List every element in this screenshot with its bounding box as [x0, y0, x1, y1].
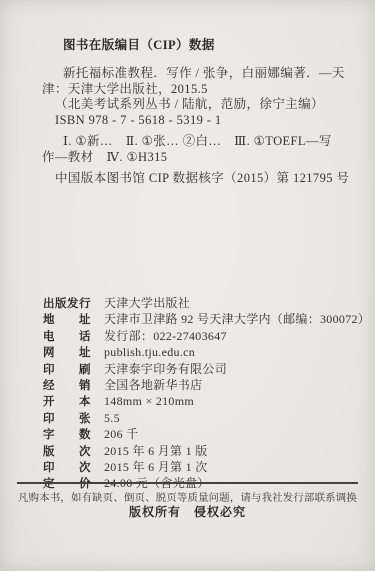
cip-record-number-line: 中国版本图书馆 CIP 数据核字（2015）第 121795 号: [42, 171, 357, 187]
colophon-row-address: 地 址 天津市卫津路 92 号天津大学内（邮编：300072）: [43, 312, 365, 328]
colophon-value: 148mm × 210mm: [104, 394, 194, 409]
colophon-value: publish.tju.edu.cn: [104, 345, 195, 360]
cip-title-line: 新托福标准教程．写作 / 张争，白丽娜编著．—天: [42, 66, 357, 82]
cip-block: 图书在版编目（CIP）数据 新托福标准教程．写作 / 张争，白丽娜编著．—天 津…: [42, 38, 357, 186]
colophon-row-publisher: 出版发行 天津大学出版社: [43, 296, 365, 312]
colophon-table: 出版发行 天津大学出版社 地 址 天津市卫津路 92 号天津大学内（邮编：300…: [43, 296, 365, 493]
colophon-label: 印 次: [43, 461, 91, 476]
colophon-label: 印 刷: [43, 363, 91, 378]
colophon-label: 字 数: [43, 428, 91, 443]
cip-series-line: （北美考试系列丛书 / 陆航，范励，徐宁主编）: [42, 97, 357, 113]
colophon-label: 网 址: [43, 346, 91, 361]
copyright-page: 图书在版编目（CIP）数据 新托福标准教程．写作 / 张争，白丽娜编著．—天 津…: [0, 0, 375, 571]
colophon-row-impression: 印 次 2015 年 6 月第 1 次: [43, 460, 365, 476]
colophon-row-printer: 印 刷 天津泰宇印务有限公司: [43, 362, 365, 378]
colophon-row-edition: 版 次 2015 年 6 月第 1 版: [43, 444, 365, 460]
colophon-label: 开 本: [43, 395, 91, 410]
colophon-row-wordcount: 字 数 206 千: [43, 427, 365, 443]
cip-classification-line-1: Ⅰ. ①新… Ⅱ. ①张… ②白… Ⅲ. ①TOEFL—写: [42, 134, 357, 150]
colophon-value: 206 千: [104, 427, 139, 442]
colophon-value: 全国各地新华书店: [104, 378, 202, 393]
colophon-row-distributor: 经 销 全国各地新华书店: [43, 378, 365, 394]
footer-rule: [17, 482, 358, 484]
cip-heading: 图书在版编目（CIP）数据: [42, 38, 357, 54]
colophon-label: 经 销: [43, 379, 91, 394]
colophon-value: 天津大学出版社: [104, 296, 190, 311]
copyright-statement: 版权所有 侵权必究: [0, 503, 375, 520]
colophon-value: 发行部：022-27403647: [104, 329, 227, 344]
colophon-label: 印 张: [43, 412, 91, 427]
colophon-label: 地 址: [43, 313, 91, 328]
colophon-label: 电 话: [43, 330, 91, 345]
colophon-row-sheets: 印 张 5.5: [43, 411, 365, 427]
colophon-label: 版 次: [43, 445, 91, 460]
colophon-value: 5.5: [104, 411, 120, 426]
colophon-row-format: 开 本 148mm × 210mm: [43, 394, 365, 410]
colophon-value: 2015 年 6 月第 1 版: [104, 444, 208, 459]
quality-exchange-notice: 凡购本书，如有缺页、倒页、脱页等质量问题，请与我社发行部联系调换: [0, 489, 375, 504]
colophon-value: 天津市卫津路 92 号天津大学内（邮编：300072）: [104, 312, 370, 327]
colophon-row-phone: 电 话 发行部：022-27403647: [43, 329, 365, 345]
colophon-value: 天津泰宇印务有限公司: [104, 362, 227, 377]
colophon-value: 2015 年 6 月第 1 次: [104, 460, 208, 475]
colophon-label: 出版发行: [43, 297, 91, 312]
cip-isbn-line: ISBN 978 - 7 - 5618 - 5319 - 1: [42, 113, 357, 129]
cip-classification-line-2: 作—教材 Ⅳ. ①H315: [42, 150, 357, 166]
colophon-row-website: 网 址 publish.tju.edu.cn: [43, 345, 365, 361]
cip-publisher-line: 津：天津大学出版社，2015.5: [42, 82, 357, 98]
